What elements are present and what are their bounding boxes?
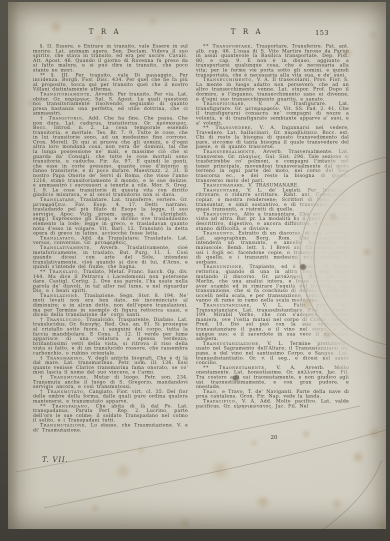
dictionary-entry: ** §. III. Per transito, vale Di passagg…	[33, 73, 188, 92]
folio-number: 153	[303, 29, 329, 37]
dictionary-entry: ** Transpadano, Che abita di là dal Po. …	[33, 404, 188, 423]
entry-headword: Translativamente,	[40, 245, 100, 251]
running-title-right: T R A	[207, 28, 287, 36]
sheet-signature: 20	[262, 435, 286, 441]
entry-headword: ** Transpadano,	[40, 403, 96, 409]
entry-headword: Transversalmente,	[203, 149, 263, 155]
dictionary-entry: Transfigurare, V. A. Trasfigurare. Lat. …	[196, 102, 349, 126]
running-title-left: T R A	[65, 28, 145, 36]
entry-headword: Transustanziazione,	[203, 341, 267, 347]
entry-headword: † Transmarino,	[40, 355, 88, 361]
entry-headword: Transfigurare,	[203, 101, 259, 107]
dictionary-entry: Transustanziazione, V. L. Termine pretta…	[196, 341, 349, 365]
entry-headword: Trapacifico,	[203, 398, 242, 404]
dictionary-entry: † Transmutare, Mutar di luogo. Petr. son…	[33, 375, 188, 389]
dictionary-entry: † Translucido, Trasalcido, Trasparente, …	[33, 317, 188, 355]
dictionary-entry: Transmutazione, Lo stesso, che Trasmutaz…	[33, 423, 188, 433]
dictionary-entry: Translativamente, Avverb. Traslativament…	[33, 245, 188, 269]
entry-headword: Transmutazione,	[40, 422, 91, 428]
dictionary-entry: Transecchimento, V. A. Il trasecolarsi. …	[196, 78, 349, 102]
foxing-spots	[8, 2, 14, 8]
dictionary-entry: Transitoriamente, Avverb. Per transito, …	[33, 92, 188, 116]
entry-headword: Transitoriamente,	[40, 91, 95, 97]
entry-headword: Transecchimento,	[203, 77, 257, 83]
dictionary-entry: Transversalmente, Avverb. Trasversalment…	[196, 150, 349, 184]
dictionary-entry: † Transmutato, Cangiato. Fior. virt. cl.…	[33, 389, 188, 403]
entry-headword: Transustanziare,	[203, 303, 263, 309]
dictionary-entry: Transunto, Estratto di un discorso, di u…	[196, 231, 349, 265]
entry-headword: † Transmutato,	[40, 389, 89, 395]
volume-signature: T. VII.	[42, 456, 69, 464]
dictionary-entry: Translazione, Traslazione. Segn. Stor. 8…	[33, 293, 188, 317]
dictionary-entry: † Transitorio, Add. Che ha fine, Che pas…	[33, 116, 188, 198]
dictionary-entry: Transustanziare, V. L. Fatti pane, dal T…	[196, 303, 349, 341]
entry-headword: Translatato,	[40, 235, 81, 241]
entry-headword: ** Translato,	[40, 269, 83, 275]
entry-headword: † Transitorio,	[40, 115, 88, 121]
entry-headword: † Transmutare,	[40, 374, 94, 380]
entry-headword: Transunto,	[203, 231, 238, 237]
scan-background: T R A T R A 153 §. II. Essere, o Entrare…	[0, 0, 390, 541]
dictionary-entry: Translatare, Traslatare. Lat. transferre…	[33, 198, 188, 236]
dictionary-entry: ** Traonestamente, V. A. Avverb. Molto o…	[196, 365, 349, 389]
entry-headword: ** Transvedere,	[203, 125, 260, 131]
dictionary-entry: §. II. Essere, o Entrare in transito, va…	[33, 44, 188, 73]
entry-headword: ** Traonestamente,	[203, 365, 276, 371]
entry-headword: Transuntare,	[203, 187, 247, 193]
book-page: T R A T R A 153 §. II. Essere, o Entrare…	[8, 2, 386, 529]
entry-headword: Trao,	[203, 389, 222, 395]
entry-headword: Translatare,	[40, 197, 80, 203]
entry-headword: Translazione,	[40, 293, 84, 299]
dictionary-entry: ** Transportare, Trasportare, Transferir…	[196, 44, 349, 78]
entry-headword: Transuntivo,	[203, 211, 244, 217]
entry-headword: Transunzione,	[203, 264, 249, 270]
dictionary-entry: Trapacifico, V. A. Add. Molto pacifico. …	[196, 399, 349, 409]
text-column-left: §. II. Essere, o Entrare in transito, va…	[33, 44, 188, 433]
dictionary-entry: Transuntivo, Atto a transuntare, Che ser…	[196, 212, 349, 231]
dictionary-entry: Transunzione, Trapianto, ed è Spezie di …	[196, 265, 349, 303]
dictionary-entry: ** Transvedere, V. A. Ingannarsi nel ved…	[196, 126, 349, 150]
text-column-right: ** Transportare, Trasportare, Transferir…	[196, 44, 349, 409]
dictionary-entry: † Transmarino, V. degli antichi biografi…	[33, 356, 188, 375]
dictionary-entry: ** Translato, Traslato, Metaf. Franc. Sa…	[33, 269, 188, 293]
entry-headword: ** Transportare,	[203, 44, 256, 50]
dictionary-entry: Transuntare, V. L. de' Legisti. Per Insu…	[196, 188, 349, 212]
entry-headword: † Translucido,	[40, 317, 86, 323]
